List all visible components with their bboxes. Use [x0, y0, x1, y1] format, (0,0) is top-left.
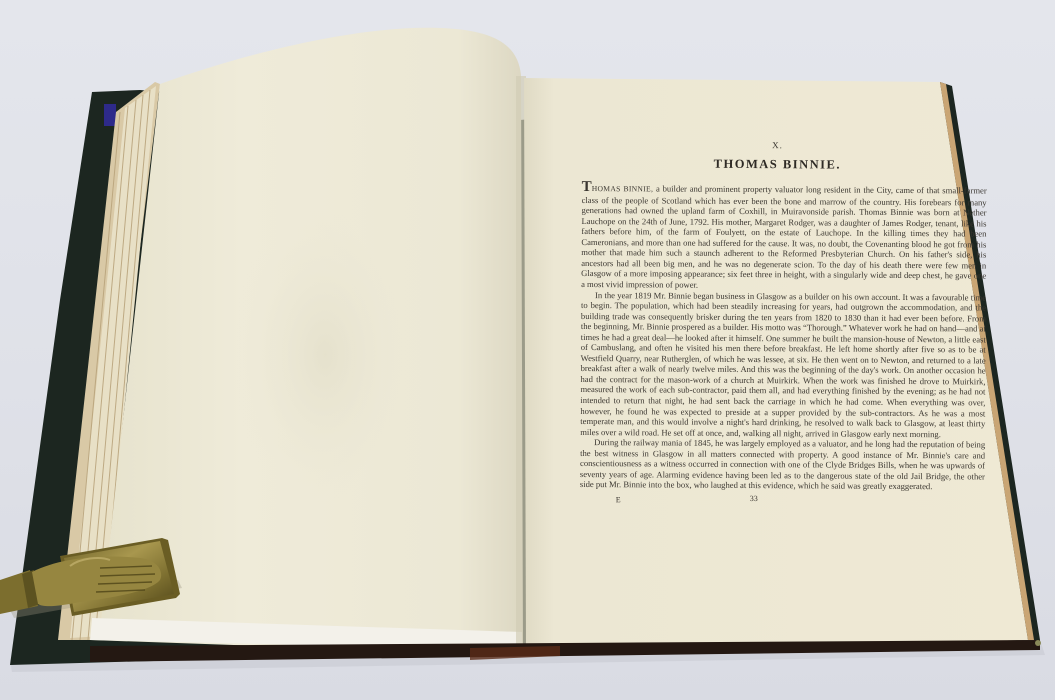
page-number: 33: [750, 494, 758, 505]
paragraph-1-text: a builder and prominent property valuato…: [581, 184, 987, 290]
right-page-text: X. THOMAS BINNIE. THOMAS BINNIE, a build…: [580, 139, 987, 509]
paragraph-2: In the year 1819 Mr. Binnie began busine…: [580, 290, 986, 440]
page-footer: E 33: [580, 493, 985, 509]
spine-label: [104, 104, 116, 126]
paragraph-3: During the railway mania of 1845, he was…: [580, 437, 985, 492]
lead-in: HOMAS BINNIE,: [592, 184, 654, 193]
brass-hand-paperweight-icon: [0, 518, 190, 628]
chapter-number: X.: [568, 139, 987, 152]
signature-mark: E: [616, 495, 621, 506]
chapter-title: THOMAS BINNIE.: [568, 157, 987, 170]
paragraph-1: THOMAS BINNIE, a builder and prominent p…: [581, 182, 987, 292]
drop-cap: T: [582, 179, 592, 195]
book-photo: X. THOMAS BINNIE. THOMAS BINNIE, a build…: [0, 0, 1055, 700]
